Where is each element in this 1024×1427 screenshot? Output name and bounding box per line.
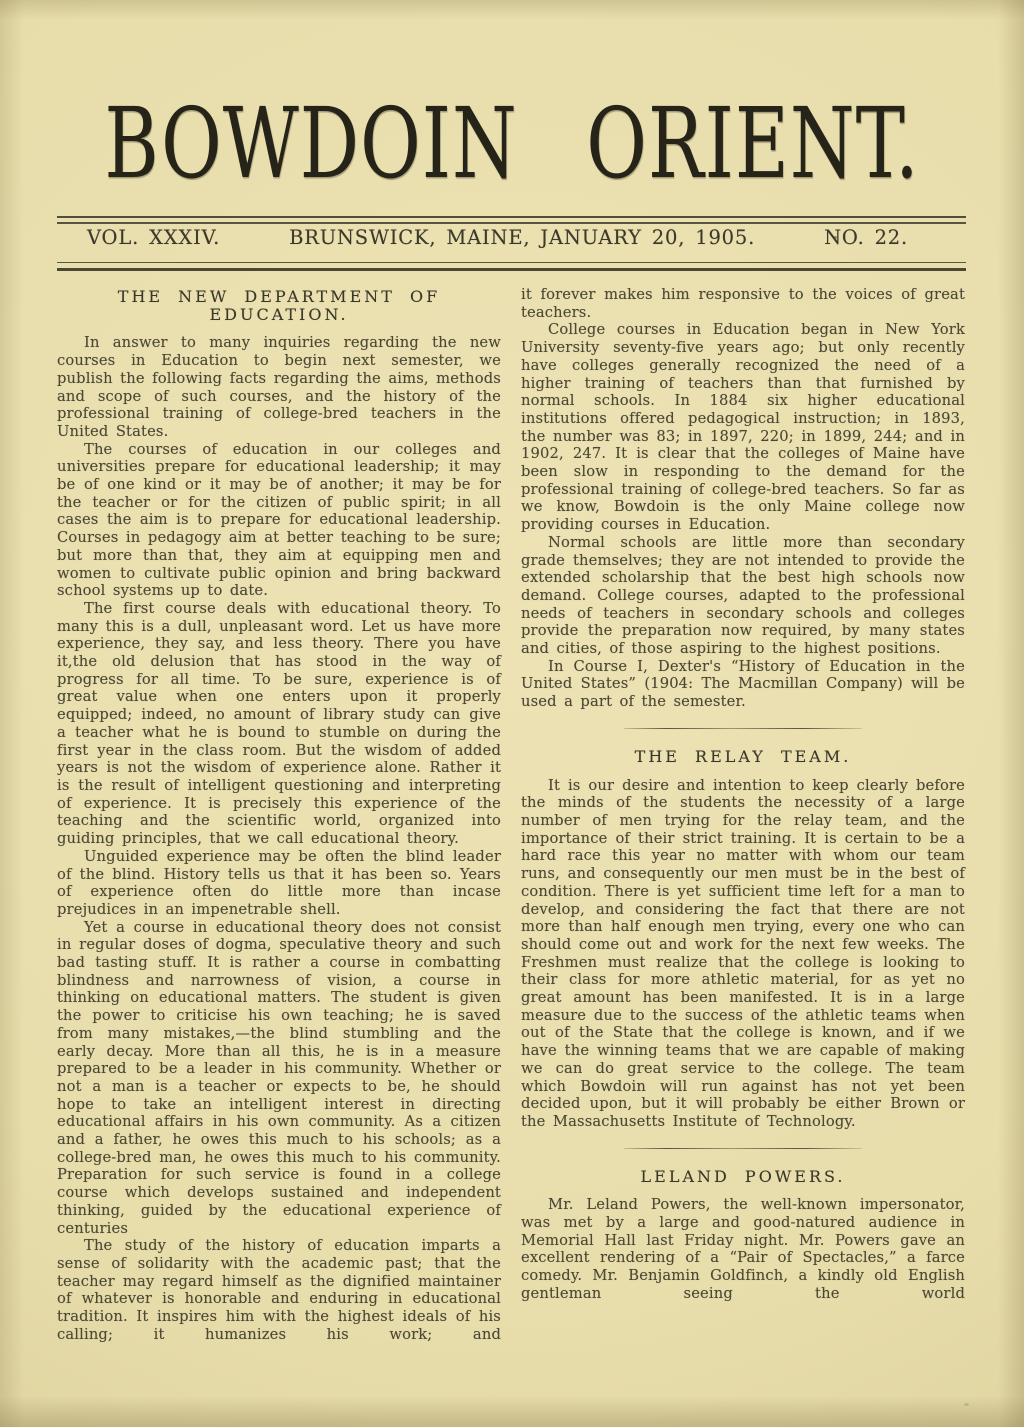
article-paragraph: The courses of education in our colleges…	[57, 441, 501, 600]
newspaper-page: BOWDOIN ORIENT. VOL. XXXIV. BRUNSWICK, M…	[0, 0, 1024, 1427]
masthead-title: BOWDOIN ORIENT.	[0, 89, 1024, 200]
article-new-department-continued: it forever makes him responsive to the v…	[521, 286, 965, 711]
article-paragraph: College courses in Education began in Ne…	[521, 321, 965, 533]
dateline-center: BRUNSWICK, MAINE, JANUARY 20, 1905.	[289, 226, 755, 249]
column-right: it forever makes him responsive to the v…	[521, 286, 965, 1303]
article-paragraph: In Course I, Dexter's “History of Educat…	[521, 658, 965, 711]
article-paragraph: In answer to many inquiries regarding th…	[57, 334, 501, 440]
article-new-department-of-education: THE NEW DEPARTMENT OF EDUCATION. In answ…	[57, 288, 501, 1343]
article-heading: THE RELAY TEAM.	[521, 748, 965, 766]
article-paragraph: The study of the history of education im…	[57, 1237, 501, 1343]
section-divider	[624, 728, 862, 729]
section-divider	[624, 1148, 862, 1149]
article-heading: LELAND POWERS.	[521, 1168, 965, 1186]
dateline: VOL. XXXIV. BRUNSWICK, MAINE, JANUARY 20…	[57, 226, 966, 249]
article-paragraph: Unguided experience may be often the bli…	[57, 848, 501, 919]
article-paragraph: it forever makes him responsive to the v…	[521, 286, 965, 321]
ink-speck	[833, 236, 837, 239]
article-relay-team: THE RELAY TEAM. It is our desire and int…	[521, 748, 965, 1131]
column-left: THE NEW DEPARTMENT OF EDUCATION. In answ…	[57, 286, 501, 1343]
article-leland-powers: LELAND POWERS. Mr. Leland Powers, the we…	[521, 1168, 965, 1303]
article-paragraph: The first course deals with educational …	[57, 600, 501, 848]
article-heading: THE NEW DEPARTMENT OF EDUCATION.	[57, 288, 501, 323]
ink-speck	[964, 1403, 969, 1406]
dateline-double-rule	[57, 262, 966, 271]
article-paragraph: Mr. Leland Powers, the well-known impers…	[521, 1196, 965, 1302]
masthead-double-rule	[57, 216, 966, 224]
volume-label: VOL. XXXIV.	[87, 226, 220, 249]
article-paragraph: Normal schools are little more than seco…	[521, 534, 965, 658]
article-paragraph: Yet a course in educational theory does …	[57, 919, 501, 1238]
article-paragraph: It is our desire and intention to keep c…	[521, 777, 965, 1131]
